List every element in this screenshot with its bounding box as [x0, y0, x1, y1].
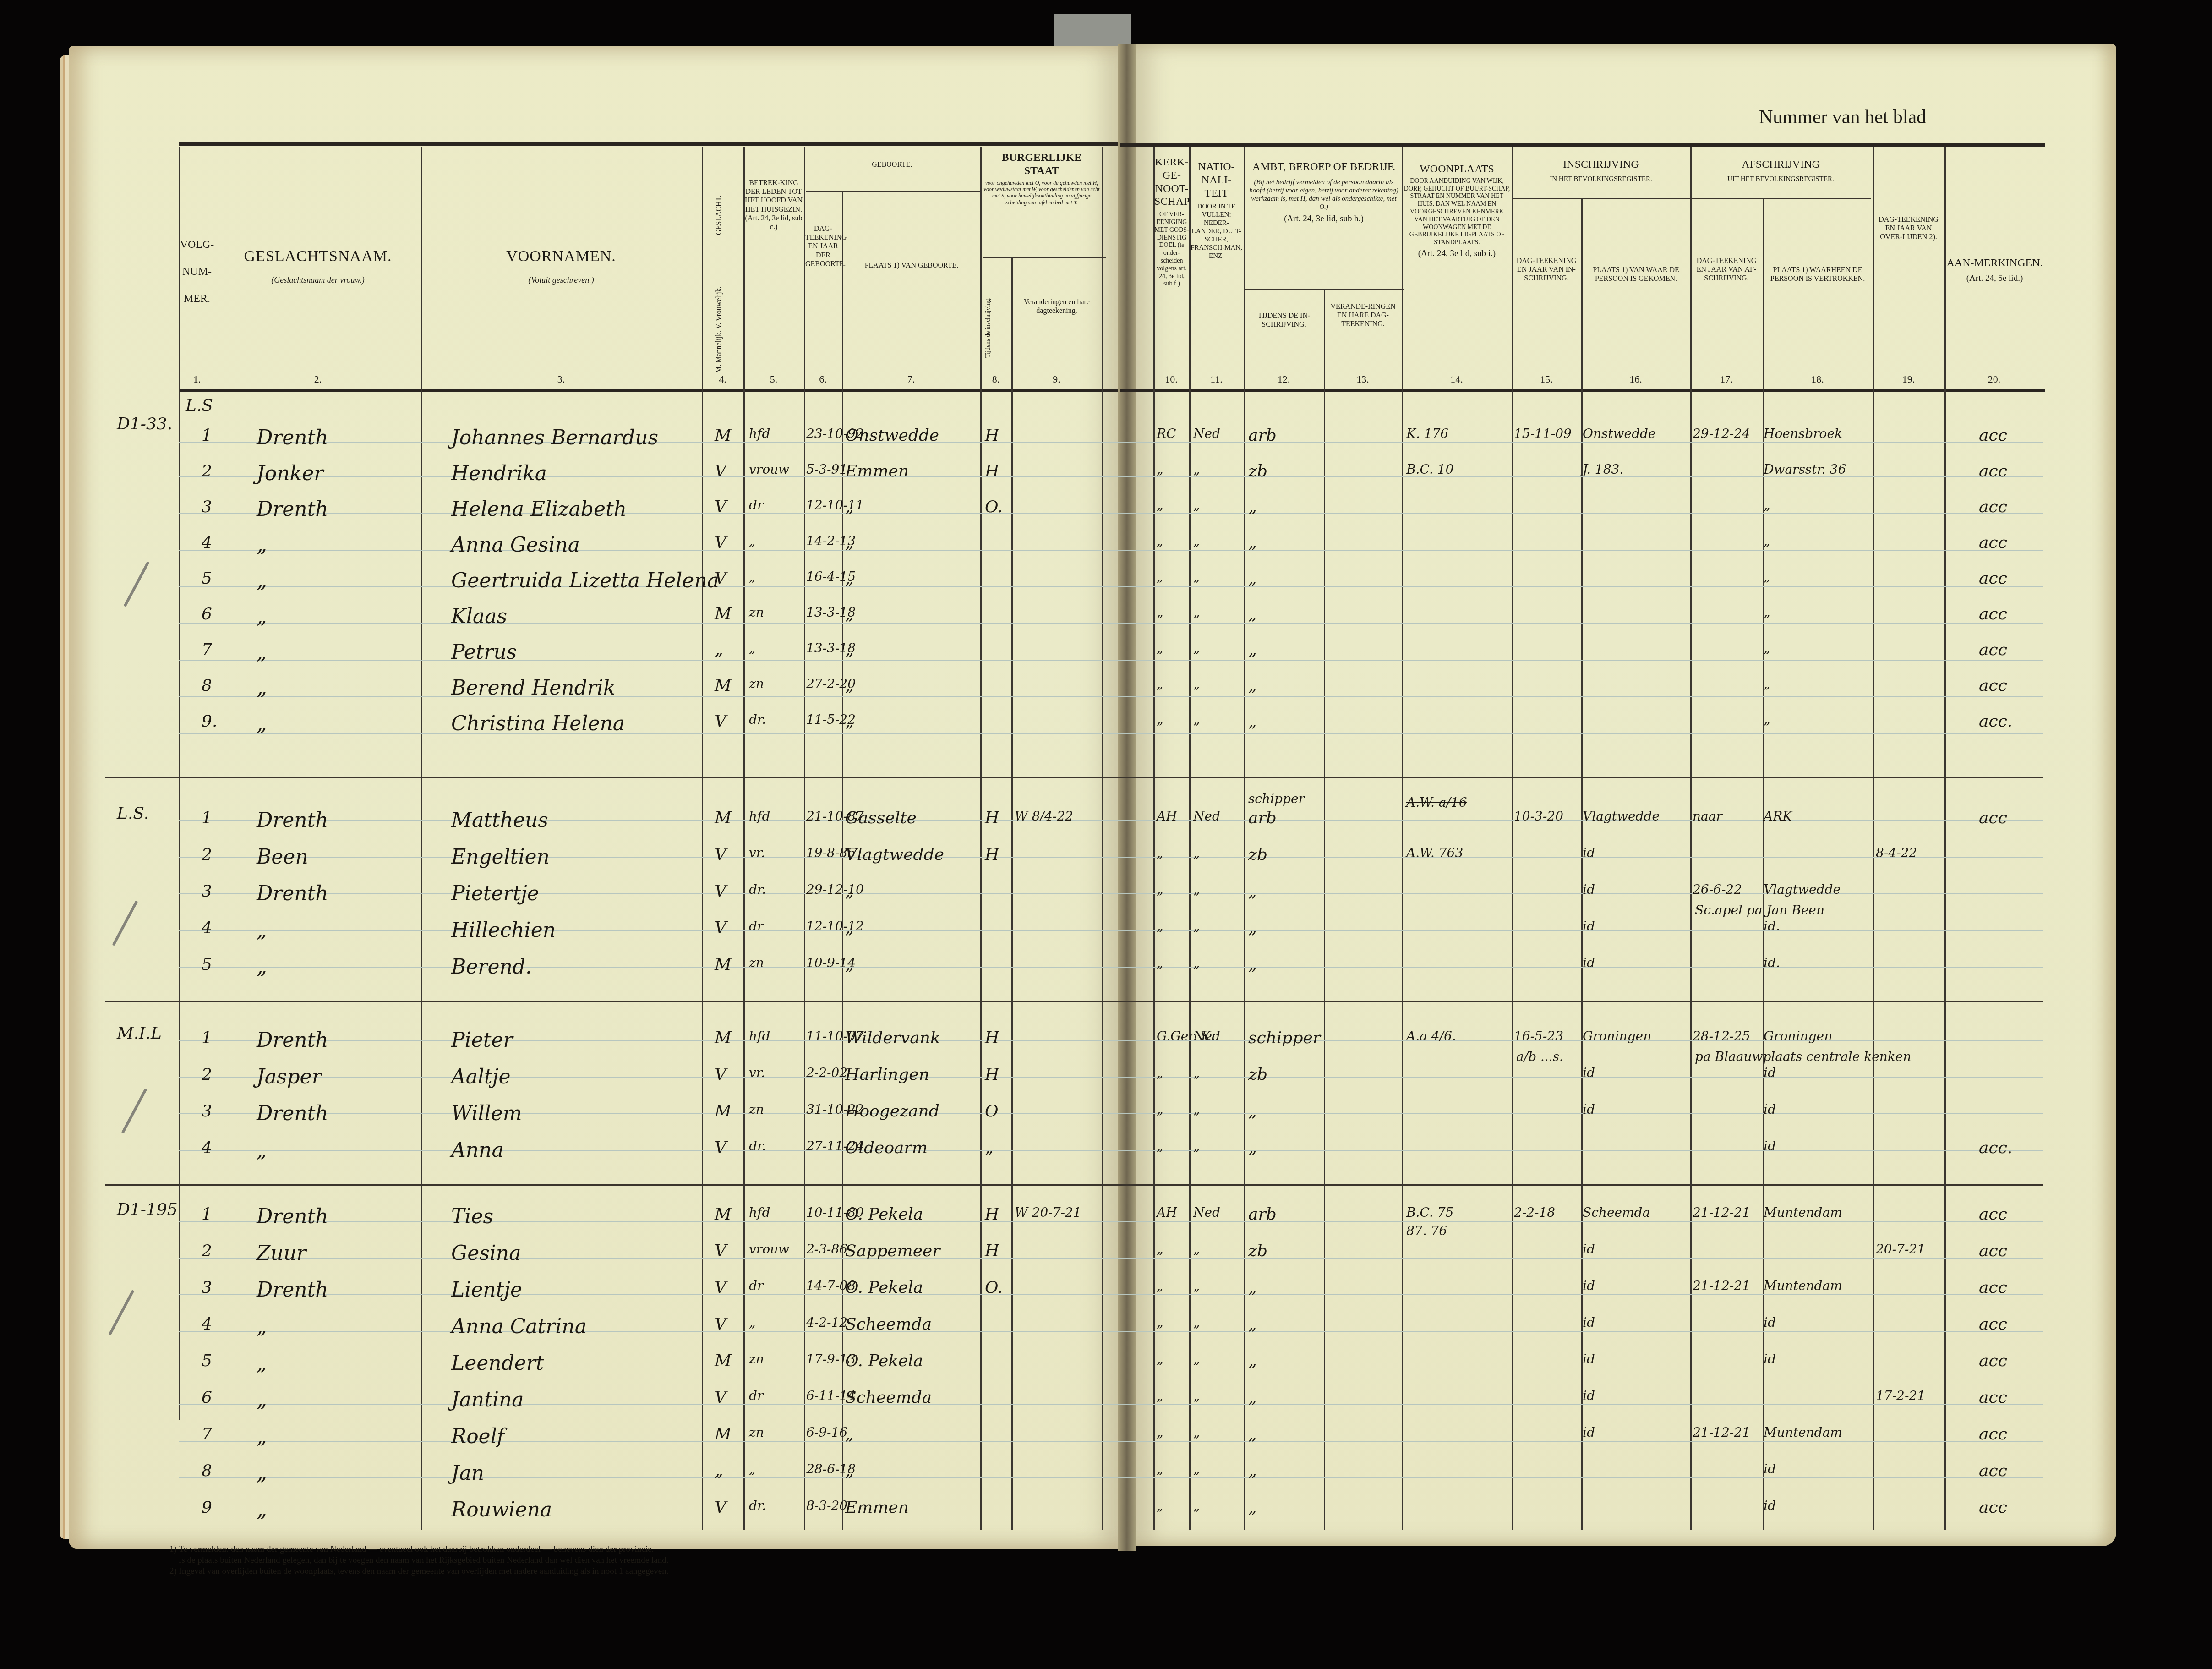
- cell-church: „: [1157, 498, 1163, 513]
- cell-sex: V: [715, 1315, 726, 1334]
- header-col-18: PLAATS 1) WAARHEEN DE PERSOON IS VERTROK…: [1764, 266, 1872, 283]
- cell-pob: „: [845, 882, 854, 901]
- cell-afs-to: „: [1764, 640, 1770, 656]
- cell-rel: hfd: [749, 1029, 770, 1044]
- cell-remark: acc: [1979, 498, 2007, 516]
- cell-rel: vrouw: [749, 462, 789, 477]
- cell-sex: V: [715, 882, 726, 901]
- cell-given: Anna Catrina: [451, 1315, 587, 1338]
- cell-afs-to: id: [1764, 1352, 1776, 1367]
- header-col-8: Tijdens de inschrijving.: [985, 293, 993, 362]
- cell-church: AH: [1157, 1205, 1177, 1220]
- cell-ins-from: id: [1583, 1102, 1595, 1117]
- cell-given: Mattheus: [451, 809, 548, 832]
- header-col-15: DAG-TEEKENING EN JAAR VAN IN-SCHRIJVING.: [1513, 257, 1580, 283]
- cell-rel: dr.: [749, 1138, 766, 1154]
- cell-sex: V: [715, 1242, 726, 1260]
- col-number-19: 19.: [1873, 373, 1944, 385]
- cell-given: Anna Gesina: [451, 533, 580, 557]
- cell-surname: „: [257, 1461, 267, 1485]
- cell-pob: „: [845, 676, 854, 695]
- cell-ins-from: id: [1583, 882, 1595, 897]
- cell-remark: acc: [1979, 533, 2007, 552]
- header-col-14: WOONPLAATS DOOR AANDUIDING VAN WIJK, DOR…: [1403, 163, 1511, 259]
- cell-occ: „: [1248, 1425, 1257, 1444]
- cell-remark: acc: [1979, 1388, 2007, 1407]
- cell-sex: M: [715, 426, 732, 445]
- cell-given: Engeltien: [451, 845, 550, 869]
- household-1-ls: L.S: [186, 396, 213, 415]
- cell-rel: hfd: [749, 426, 770, 441]
- cell-afs-to: id: [1764, 1065, 1776, 1080]
- cell-nat: „: [1193, 1425, 1200, 1440]
- cell-rel: „: [749, 569, 756, 584]
- cell-nr: 4: [202, 1138, 212, 1157]
- cell-rel: zn: [749, 605, 764, 620]
- cell-civ: H: [985, 462, 999, 481]
- cell-ins-from: Groningen: [1583, 1029, 1651, 1044]
- cell-nat: Ned: [1193, 809, 1220, 824]
- cell-occ: schipper: [1248, 1029, 1321, 1047]
- cell-civ: H: [985, 1065, 999, 1084]
- cell-afs-date: naar: [1693, 809, 1722, 824]
- cell-nat: „: [1193, 1138, 1200, 1154]
- cell-afs-to: „: [1764, 605, 1770, 620]
- cell-surname: Drenth: [257, 1029, 328, 1052]
- cell-surname: „: [257, 919, 267, 942]
- cell-surname: Jonker: [257, 462, 323, 485]
- cell-church: „: [1157, 605, 1163, 620]
- cell-dob: 4-2-12: [806, 1315, 847, 1330]
- cell-nr: 7: [202, 640, 212, 659]
- cell-pob: Scheemda: [845, 1388, 932, 1407]
- cell-dob: 2-2-02: [806, 1065, 847, 1080]
- cell-civ: H: [985, 426, 999, 445]
- header-col-10: KERK-GE-NOOT-SCHAP OF VER-EENIGING MET G…: [1154, 156, 1189, 288]
- cell-surname: Drenth: [257, 426, 328, 449]
- cell-sex: M: [715, 1352, 732, 1370]
- cell-ins-from: id: [1583, 1352, 1595, 1367]
- cell-occ: „: [1248, 1461, 1257, 1480]
- cell-ins-from: id: [1583, 845, 1595, 860]
- cell-pob: „: [845, 1461, 854, 1480]
- cell-pob: Onstwedde: [845, 426, 939, 445]
- cell-dob: 2-3-86: [806, 1242, 847, 1257]
- cell-nat: „: [1193, 1242, 1200, 1257]
- cell-nr: 3: [202, 1278, 212, 1297]
- col-number-10: 10.: [1153, 373, 1189, 385]
- cell-given: Gesina: [451, 1242, 521, 1265]
- cell-afs-note: pa Blaauwplaats centrale kenken: [1695, 1049, 1911, 1064]
- cell-surname: „: [257, 569, 267, 592]
- col-number-3: 3.: [421, 373, 702, 385]
- cell-remark: acc: [1979, 809, 2007, 827]
- cell-ins-from: id: [1583, 1065, 1595, 1080]
- cell-nat: „: [1193, 1065, 1200, 1080]
- cell-surname: Drenth: [257, 809, 328, 832]
- cell-occ: „: [1248, 498, 1257, 516]
- cell-afs-to: „: [1764, 569, 1770, 584]
- cell-rel: zn: [749, 1352, 764, 1367]
- cell-surname: Drenth: [257, 1102, 328, 1125]
- cell-nr: 4: [202, 1315, 212, 1334]
- cell-remark: acc: [1979, 1352, 2007, 1370]
- cell-ins-from: id: [1583, 955, 1595, 970]
- cell-rel: dr.: [749, 1498, 766, 1513]
- header-afschrijving: AFSCHRIJVING UIT HET BEVOLKINGSREGISTER.: [1690, 158, 1871, 183]
- cell-occ: „: [1248, 919, 1257, 937]
- cell-remark: acc.: [1979, 712, 2012, 731]
- cell-nr: 3: [202, 1102, 212, 1121]
- cell-surname: „: [257, 1388, 267, 1412]
- cell-given: Johannes Bernardus: [451, 426, 658, 449]
- cell-church: „: [1157, 1388, 1163, 1403]
- cell-surname: Drenth: [257, 882, 328, 905]
- cell-church: „: [1157, 919, 1163, 934]
- cell-given: Willem: [451, 1102, 522, 1125]
- cell-sex: M: [715, 1425, 732, 1444]
- binding-tab: [1054, 14, 1131, 46]
- cell-remark: acc.: [1979, 1138, 2012, 1157]
- cell-res: A.W. 763: [1406, 845, 1463, 860]
- col-number-9: 9.: [1011, 373, 1102, 385]
- header-col-6: DAG-TEEKENING EN JAAR DER GEBOORTE.: [805, 224, 841, 268]
- cell-pob: Vlagtwedde: [845, 845, 944, 864]
- cell-nat: „: [1193, 498, 1200, 513]
- cell-nat: Ned: [1193, 1029, 1220, 1044]
- cell-sex: M: [715, 605, 732, 624]
- col-number-4: 4.: [702, 373, 743, 385]
- cell-occ: „: [1248, 1138, 1257, 1157]
- cell-afs-to: id: [1764, 1315, 1776, 1330]
- cell-pob: Gasselte: [845, 809, 917, 827]
- cell-civ: O.: [985, 498, 1003, 516]
- cell-remark: acc: [1979, 462, 2007, 481]
- cell-nat: „: [1193, 955, 1200, 970]
- cell-afs-to: Muntendam: [1764, 1425, 1842, 1440]
- cell-death: 17-2-21: [1876, 1388, 1925, 1403]
- cell-remark: acc: [1979, 605, 2007, 624]
- cell-pob: Wildervank: [845, 1029, 940, 1047]
- cell-civ: „: [985, 1138, 994, 1157]
- cell-res-struck: A.W. a/16: [1406, 795, 1467, 810]
- cell-rel: dr: [749, 1388, 763, 1403]
- cell-ins-date: 15-11-09: [1514, 426, 1572, 441]
- cell-surname: Drenth: [257, 1278, 328, 1302]
- cell-remark: acc: [1979, 1205, 2007, 1224]
- cell-civ: H: [985, 1242, 999, 1260]
- header-col-2: GESLACHTSNAAM. (Geslachtsnaam der vrouw.…: [215, 247, 421, 285]
- cell-occ: „: [1248, 1498, 1257, 1517]
- cell-church: „: [1157, 1242, 1163, 1257]
- cell-afs-date: 29-12-24: [1693, 426, 1750, 441]
- cell-occ: „: [1248, 569, 1257, 588]
- cell-civ: H: [985, 845, 999, 864]
- cell-pob: Sappemeer: [845, 1242, 940, 1260]
- cell-ins-date: 16-5-23: [1514, 1029, 1563, 1044]
- cell-ins-from: Scheemda: [1583, 1205, 1650, 1220]
- cell-sex: V: [715, 533, 726, 552]
- cell-given: Christina Helena: [451, 712, 625, 735]
- cell-surname: „: [257, 712, 267, 735]
- cell-church: „: [1157, 845, 1163, 860]
- cell-church: „: [1157, 1315, 1163, 1330]
- cell-remark: acc: [1979, 569, 2007, 588]
- header-col-11: NATIO-NALI-TEIT DOOR IN TE VULLEN: NEDER…: [1190, 160, 1243, 260]
- header-col-7: PLAATS 1) VAN GEBOORTE.: [843, 261, 980, 270]
- cell-given: Berend.: [451, 955, 532, 979]
- col-number-15: 15.: [1512, 373, 1581, 385]
- cell-surname: Drenth: [257, 498, 328, 521]
- cell-nr: 2: [202, 845, 212, 864]
- cell-surname: „: [257, 605, 267, 628]
- cell-surname: Drenth: [257, 1205, 328, 1228]
- cell-pob: O. Pekela: [845, 1205, 923, 1224]
- cell-sex: V: [715, 462, 726, 481]
- cell-pob: Oldeoarm: [845, 1138, 928, 1157]
- cell-surname: Zuur: [257, 1242, 306, 1265]
- cell-sex: „: [715, 640, 723, 659]
- col-number-1: 1.: [179, 373, 215, 385]
- cell-sex: V: [715, 919, 726, 937]
- cell-ins-note: a/b ...s.: [1516, 1049, 1563, 1064]
- cell-church: „: [1157, 1278, 1163, 1293]
- cell-nat: „: [1193, 569, 1200, 584]
- header-col-13: VERANDE-RINGEN EN HARE DAG-TEEKENING.: [1325, 302, 1401, 329]
- cell-occ: zb: [1248, 845, 1267, 864]
- cell-pob: „: [845, 640, 854, 659]
- col-number-8: 8.: [980, 373, 1011, 385]
- cell-ins-from: id: [1583, 1425, 1595, 1440]
- cell-afs-to: Vlagtwedde: [1764, 882, 1841, 897]
- cell-afs-date: 26-6-22: [1693, 882, 1742, 897]
- header-col-4-legend: M. Mannelijk. V. Vrouwelijk.: [715, 284, 723, 376]
- cell-nr: 5: [202, 1352, 212, 1370]
- cell-occ: zb: [1248, 462, 1267, 481]
- cell-res: B.C. 75: [1406, 1205, 1453, 1220]
- household-3-margin-code: M.I.L: [117, 1024, 162, 1043]
- cell-sex: M: [715, 1205, 732, 1224]
- cell-ins-from: Vlagtwedde: [1583, 809, 1660, 824]
- cell-given: Geertruida Lizetta Helena: [451, 569, 719, 592]
- cell-remark: acc: [1979, 1278, 2007, 1297]
- cell-rel: dr: [749, 1278, 763, 1293]
- cell-nat: „: [1193, 533, 1200, 548]
- cell-church: „: [1157, 462, 1163, 477]
- cell-afs-to: id.: [1764, 955, 1780, 970]
- cell-given: Helena Elizabeth: [451, 498, 627, 521]
- cell-nat: „: [1193, 1461, 1200, 1477]
- cell-church: „: [1157, 1138, 1163, 1154]
- cell-nat: Ned: [1193, 1205, 1220, 1220]
- cell-rel: „: [749, 640, 756, 656]
- cell-sex: M: [715, 676, 732, 695]
- cell-church: „: [1157, 1065, 1163, 1080]
- cell-church: „: [1157, 533, 1163, 548]
- cell-church: AH: [1157, 809, 1177, 824]
- col-number-2: 2.: [215, 373, 421, 385]
- cell-ins-from: J. 183.: [1583, 462, 1623, 477]
- cell-ins-from: Onstwedde: [1583, 426, 1656, 441]
- header-geboorte: GEBOORTE.: [804, 160, 980, 169]
- cell-rel: zn: [749, 1102, 764, 1117]
- cell-pob: „: [845, 533, 854, 552]
- header-ambt: AMBT, BEROEP OF BEDRIJF. (Bij het bedrij…: [1246, 160, 1402, 224]
- cell-afs-to: Hoensbroek: [1764, 426, 1842, 441]
- cell-given: Petrus: [451, 640, 517, 664]
- household-1-margin-code: D1-33.: [117, 415, 172, 433]
- cell-remark: acc: [1979, 1242, 2007, 1260]
- cell-occ: „: [1248, 1352, 1257, 1370]
- cell-nr: 6: [202, 1388, 212, 1407]
- cell-given: Lientje: [451, 1278, 522, 1302]
- cell-afs-date: 21-12-21: [1693, 1278, 1750, 1293]
- cell-remark: acc: [1979, 426, 2007, 445]
- cell-ins-from: id: [1583, 1388, 1595, 1403]
- cell-rel: vr.: [749, 1065, 765, 1080]
- cell-church: „: [1157, 1102, 1163, 1117]
- cell-sex: M: [715, 1029, 732, 1047]
- cell-dob: 6-9-16: [806, 1425, 847, 1440]
- cell-given: Pieter: [451, 1029, 513, 1052]
- cell-occ: „: [1248, 882, 1257, 901]
- cell-given: Leendert: [451, 1352, 544, 1375]
- cell-pob: „: [845, 1425, 854, 1444]
- cell-sex: V: [715, 1278, 726, 1297]
- cell-civ: H: [985, 1029, 999, 1047]
- cell-surname: „: [257, 1352, 267, 1375]
- header-col-5: BETREK-KING DER LEDEN TOT HET HOOFD VAN …: [744, 179, 803, 231]
- cell-nr: 1: [202, 1205, 212, 1224]
- col-number-18: 18.: [1763, 373, 1873, 385]
- cell-surname: „: [257, 1425, 267, 1448]
- cell-rel: dr.: [749, 882, 766, 897]
- book-gutter: [1118, 44, 1136, 1551]
- header-burgerlijke-staat: BURGERLIJKE STAAT voor ongehuwden met O,…: [983, 151, 1101, 206]
- cell-church: „: [1157, 712, 1163, 727]
- household-2-margin-code: L.S.: [117, 804, 149, 823]
- cell-given: Jantina: [451, 1388, 524, 1412]
- cell-sex: V: [715, 845, 726, 864]
- cell-occ: „: [1248, 1315, 1257, 1334]
- cell-nat: „: [1193, 1315, 1200, 1330]
- cell-remark: acc: [1979, 640, 2007, 659]
- cell-ins-from: id: [1583, 1315, 1595, 1330]
- cell-rel: „: [749, 1315, 756, 1330]
- cell-remark: acc: [1979, 1315, 2007, 1334]
- cell-nr: 2: [202, 1242, 212, 1260]
- cell-given: Hendrika: [451, 462, 547, 485]
- cell-afs-to: „: [1764, 712, 1770, 727]
- cell-nat: „: [1193, 1352, 1200, 1367]
- cell-church: „: [1157, 955, 1163, 970]
- cell-rel: vrouw: [749, 1242, 789, 1257]
- cell-given: Anna: [451, 1138, 504, 1162]
- col-number-5: 5.: [743, 373, 804, 385]
- cell-dob: 5-3-91: [806, 462, 847, 477]
- cell-nr: 7: [202, 1425, 212, 1444]
- cell-civ: O: [985, 1102, 999, 1121]
- cell-rel: zn: [749, 676, 764, 691]
- cell-death: 20-7-21: [1876, 1242, 1925, 1257]
- cell-sex: V: [715, 1388, 726, 1407]
- cell-given: Hillechien: [451, 919, 556, 942]
- cell-occ: „: [1248, 712, 1257, 731]
- footnote-1b: Is de plaats buiten Nederland gelegen, d…: [169, 1555, 668, 1566]
- cell-nr: 9.: [202, 712, 217, 731]
- cell-pob: „: [845, 955, 854, 974]
- cell-rel: zn: [749, 1425, 764, 1440]
- cell-occ: „: [1248, 1102, 1257, 1121]
- cell-nr: 8: [202, 1461, 212, 1480]
- cell-sex: V: [715, 569, 726, 588]
- cell-res2: 87. 76: [1406, 1223, 1447, 1238]
- header-col-4-geslacht: GESLACHT.: [715, 174, 723, 257]
- cell-nr: 3: [202, 498, 212, 516]
- cell-church: „: [1157, 676, 1163, 691]
- header-col-16: PLAATS 1) VAN WAAR DE PERSOON IS GEKOMEN…: [1583, 266, 1689, 283]
- cell-remark: acc: [1979, 1498, 2007, 1517]
- cell-pob: „: [845, 605, 854, 624]
- col-number-13: 13.: [1324, 373, 1402, 385]
- header-col-17: DAG-TEEKENING EN JAAR VAN AF-SCHRIJVING.: [1691, 257, 1762, 283]
- header-col-3: VOORNAMEN. (Voluit geschreven.): [421, 247, 702, 285]
- cell-surname: „: [257, 1315, 267, 1338]
- cell-nat: Ned: [1193, 426, 1220, 441]
- cell-pob: „: [845, 498, 854, 516]
- col-number-11: 11.: [1189, 373, 1244, 385]
- cell-given: Pietertje: [451, 882, 539, 905]
- cell-nr: 2: [202, 462, 212, 481]
- cell-nr: 1: [202, 1029, 212, 1047]
- cell-occ: zb: [1248, 1065, 1267, 1084]
- cell-civ: H: [985, 1205, 999, 1224]
- cell-dob: 29-12-10: [806, 882, 864, 897]
- cell-surname: „: [257, 533, 267, 557]
- cell-occ: arb: [1248, 426, 1277, 445]
- header-inschrijving: INSCHRIJVING IN HET BEVOLKINGSREGISTER.: [1512, 158, 1690, 183]
- col-number-14: 14.: [1402, 373, 1512, 385]
- cell-afs-to: „: [1764, 676, 1770, 691]
- cell-occ: zb: [1248, 1242, 1267, 1260]
- cell-given: Roelf: [451, 1425, 504, 1448]
- cell-nr: 1: [202, 809, 212, 827]
- cell-sex: V: [715, 498, 726, 516]
- cell-pob: O. Pekela: [845, 1352, 923, 1370]
- cell-surname: Been: [257, 845, 308, 869]
- cell-res: K. 176: [1406, 426, 1448, 441]
- cell-afs-to: Groningen: [1764, 1029, 1832, 1044]
- cell-ins-date: 2-2-18: [1514, 1205, 1555, 1220]
- cell-pob: „: [845, 712, 854, 731]
- cell-sex: M: [715, 809, 732, 827]
- cell-afs-to: id.: [1764, 919, 1780, 934]
- cell-sex: V: [715, 1498, 726, 1517]
- cell-church: „: [1157, 569, 1163, 584]
- header-col-9: Veranderingen en hare dagteekening.: [1013, 298, 1100, 315]
- cell-afs-note: Sc.apel pa Jan Been: [1695, 903, 1824, 918]
- cell-surname: „: [257, 1498, 267, 1521]
- cell-pob: Emmen: [845, 462, 909, 481]
- cell-church: „: [1157, 882, 1163, 897]
- cell-given: Klaas: [451, 605, 507, 628]
- footnotes: 1) Te vermelden: den naam der gemeente v…: [169, 1544, 668, 1576]
- cell-given: Berend Hendrik: [451, 676, 616, 700]
- cell-afs-to: „: [1764, 533, 1770, 548]
- cell-nat: „: [1193, 845, 1200, 860]
- col-number-6: 6.: [804, 373, 842, 385]
- cell-nat: „: [1193, 1388, 1200, 1403]
